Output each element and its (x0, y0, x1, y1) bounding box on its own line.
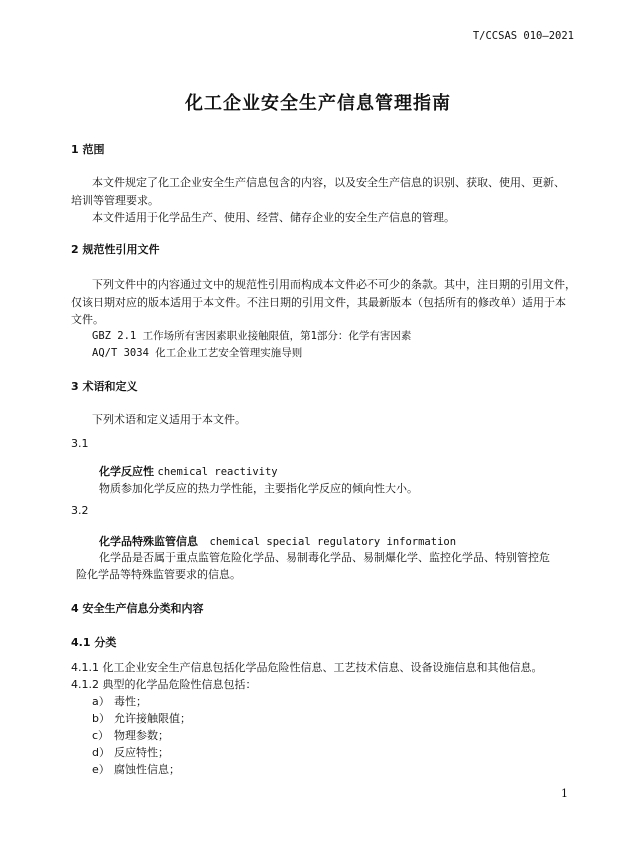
list-text: 毒性； (114, 695, 147, 708)
list-item: b）允许接触限值； (92, 710, 191, 726)
list-marker: a） (92, 693, 114, 709)
list-text: 反应特性； (114, 746, 169, 759)
list-item: c）物理参数； (92, 727, 169, 743)
list-marker: e） (92, 761, 114, 777)
section-1-heading: 1 范围 (71, 141, 104, 157)
section-1-para-1: 本文件规定了化工企业安全生产信息包含的内容，以及安全生产信息的识别、获取、使用、… (92, 174, 565, 190)
list-marker: d） (92, 744, 114, 760)
term-number: 3.2 (71, 504, 89, 517)
list-text: 物理参数； (114, 729, 169, 742)
section-1-para-1-cont: 培训等管理要求。 (71, 192, 159, 208)
section-2-para-cont2: 文件。 (71, 311, 104, 327)
standard-code: T/CCSAS 010—2021 (473, 30, 574, 42)
term-definition: 化学品是否属于重点监管危险化学品、易制毒化学品、易制爆化学、监控化学品、特别管控… (99, 549, 550, 565)
term-entry: 化学品特殊监管信息 chemical special regulatory in… (99, 533, 456, 549)
section-1-para-2: 本文件适用于化学品生产、使用、经营、储存企业的安全生产信息的管理。 (92, 209, 455, 225)
list-text: 腐蚀性信息； (114, 763, 180, 776)
clause-4-1-2: 4.1.2 典型的化学品危险性信息包括： (71, 676, 256, 692)
normative-reference: GBZ 2.1 工作场所有害因素职业接触限值，第1部分：化学有害因素 (92, 328, 411, 343)
section-2-heading: 2 规范性引用文件 (71, 241, 159, 257)
list-marker: b） (92, 710, 114, 726)
list-item: d）反应特性； (92, 744, 169, 760)
section-3-intro: 下列术语和定义适用于本文件。 (92, 411, 246, 427)
term-number: 3.1 (71, 437, 89, 450)
list-text: 允许接触限值； (114, 712, 191, 725)
term-en: chemical reactivity (158, 466, 278, 478)
section-2-para-cont: 仅该日期对应的版本适用于本文件。不注日期的引用文件，其最新版本（包括所有的修改单… (71, 294, 566, 310)
document-title: 化工企业安全生产信息管理指南 (0, 89, 636, 115)
section-2-para: 下列文件中的内容通过文中的规范性引用而构成本文件必不可少的条款。其中，注日期的引… (92, 276, 576, 292)
term-cn: 化学品特殊监管信息 (99, 535, 198, 548)
term-en: chemical special regulatory information (210, 536, 457, 548)
section-4-1-heading: 4.1 分类 (71, 634, 116, 650)
term-entry: 化学反应性 chemical reactivity (99, 463, 278, 479)
term-definition: 物质参加化学反应的热力学性能，主要指化学反应的倾向性大小。 (99, 480, 418, 496)
term-cn: 化学反应性 (99, 465, 154, 478)
section-3-heading: 3 术语和定义 (71, 378, 137, 394)
normative-reference: AQ/T 3034 化工企业工艺安全管理实施导则 (92, 345, 302, 360)
list-item: e）腐蚀性信息； (92, 761, 180, 777)
term-definition-cont: 险化学品等特殊监管要求的信息。 (76, 566, 241, 582)
page-number: 1 (561, 787, 568, 800)
list-marker: c） (92, 727, 114, 743)
section-4-heading: 4 安全生产信息分类和内容 (71, 600, 203, 616)
clause-4-1-1: 4.1.1 化工企业安全生产信息包括化学品危险性信息、工艺技术信息、设备设施信息… (71, 659, 542, 675)
list-item: a）毒性； (92, 693, 147, 709)
